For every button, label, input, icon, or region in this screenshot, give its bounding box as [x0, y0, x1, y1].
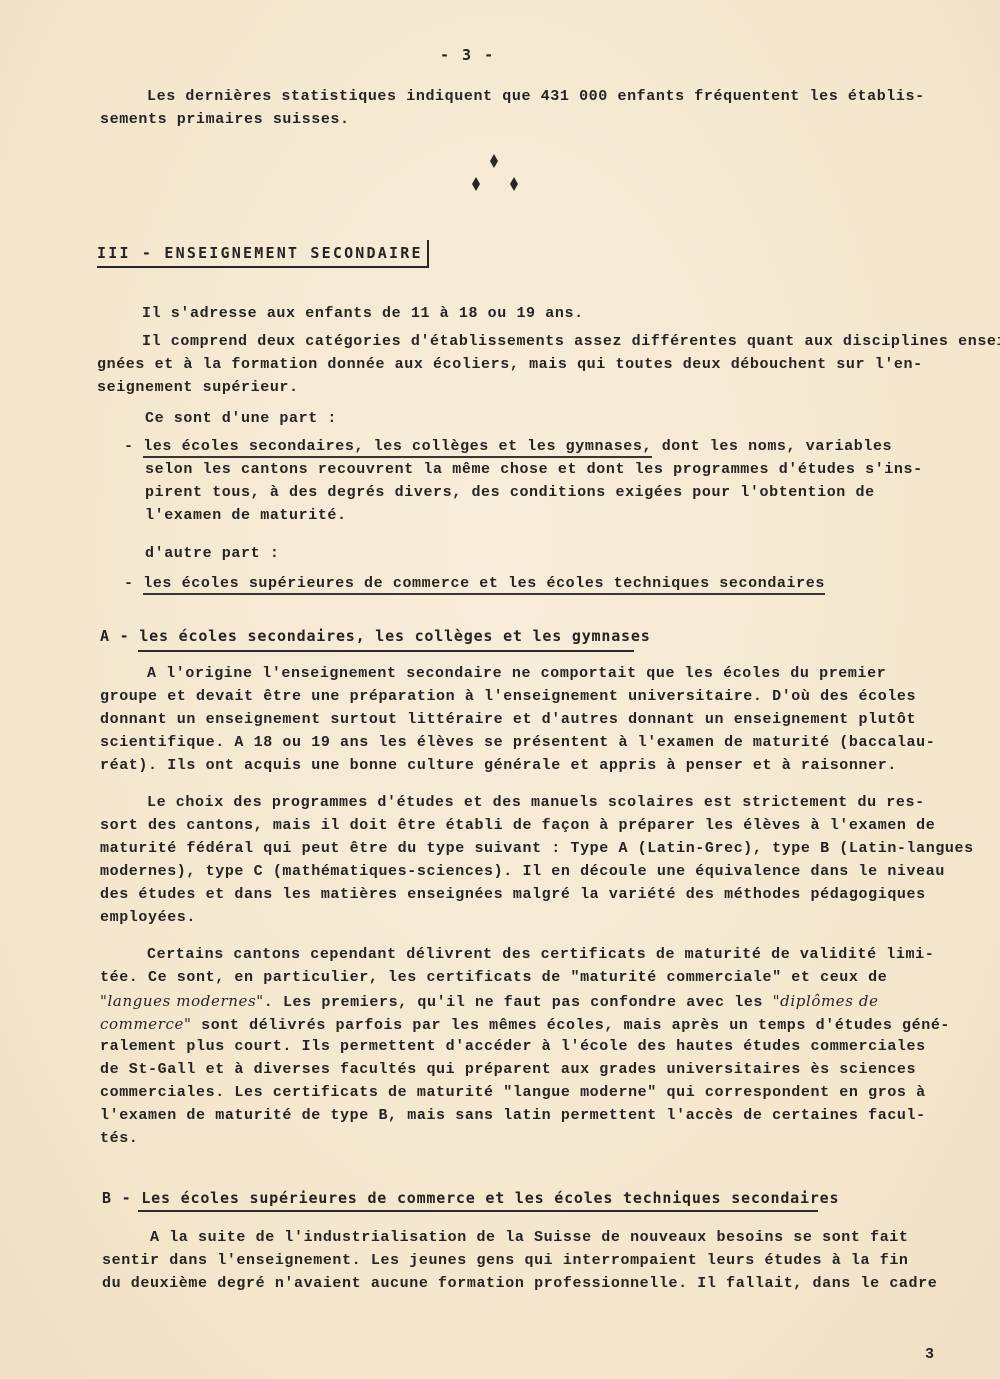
list-line: selon les cantons recouvrent la même cho… [145, 461, 923, 478]
paragraph-line: tés. [100, 1130, 138, 1147]
paragraph-line: Certains cantons cependant délivrent des… [147, 946, 934, 963]
paragraph-line: modernes), type C (mathématiques-science… [100, 863, 945, 880]
part1-intro: Ce sont d'une part : [145, 410, 337, 427]
paragraph-line: sort des cantons, mais il doit être étab… [100, 817, 935, 834]
subsection-label: B - [102, 1189, 132, 1207]
list-dash: - [124, 575, 134, 592]
intro-line: Les dernières statistiques indiquent que… [147, 88, 925, 105]
underlined-text: les écoles secondaires, les collèges et … [143, 438, 652, 458]
paragraph-line: de St-Gall et à diverses facultés qui pr… [100, 1061, 916, 1078]
list-line: pirent tous, à des degrés divers, des co… [145, 484, 875, 501]
paragraph-line: tée. Ce sont, en particulier, les certif… [100, 969, 887, 986]
page-number: 3 [925, 1346, 934, 1363]
subsection-underline [138, 650, 634, 652]
paragraph-line: l'examen de maturité de type B, mais san… [100, 1107, 926, 1124]
paragraph-line: A la suite de l'industrialisation de la … [150, 1229, 909, 1246]
subsection-label: A - [100, 627, 130, 645]
paragraph-line: ralement plus court. Ils permettent d'ac… [100, 1038, 926, 1055]
paragraph-line: Il s'adresse aux enfants de 11 à 18 ou 1… [142, 305, 584, 322]
paragraph-line: sentir dans l'enseignement. Les jeunes g… [102, 1252, 909, 1269]
paragraph-line: commerce" sont délivrés parfois par les … [100, 1015, 950, 1034]
paragraph-line: Il comprend deux catégories d'établissem… [142, 333, 1000, 350]
paragraph-line: maturité fédéral qui peut être du type s… [100, 840, 974, 857]
paragraph-line: des études et dans les matières enseigné… [100, 886, 926, 903]
list-item: - les écoles secondaires, les collèges e… [124, 438, 892, 455]
paragraph-line: réat). Ils ont acquis une bonne culture … [100, 757, 897, 774]
paragraph-line: donnant un enseignement surtout littérai… [100, 711, 916, 728]
subsection-title: Les écoles supérieures de commerce et le… [141, 1189, 839, 1207]
document-page: - 3 - Les dernières statistiques indique… [0, 0, 1000, 1379]
text: . Les premiers, qu'il ne faut pas confon… [264, 994, 773, 1011]
part2-intro: d'autre part : [145, 545, 279, 562]
underlined-text: les écoles supérieures de commerce et le… [143, 575, 825, 595]
paragraph-line: du deuxième degré n'avaient aucune forma… [102, 1275, 937, 1292]
paragraph-line: employées. [100, 909, 196, 926]
italic-text: commerce" [100, 1015, 192, 1033]
section-title: III - ENSEIGNEMENT SECONDAIRE [97, 240, 429, 268]
list-text: dont les noms, variables [652, 438, 892, 455]
paragraph-line: seignement supérieur. [97, 379, 299, 396]
paragraph-line: scientifique. A 18 ou 19 ans les élèves … [100, 734, 935, 751]
subsection-title: les écoles secondaires, les collèges et … [139, 627, 650, 645]
list-item: - les écoles supérieures de commerce et … [124, 575, 825, 592]
text: sont délivrés parfois par les mêmes écol… [192, 1017, 951, 1034]
paragraph-line: gnées et à la formation donnée aux écoli… [97, 356, 923, 373]
list-dash: - [124, 438, 134, 455]
paragraph-line: groupe et devait être une préparation à … [100, 688, 916, 705]
paragraph-line: commerciales. Les certificats de maturit… [100, 1084, 926, 1101]
subsection-underline [138, 1210, 818, 1212]
italic-text: "langues modernes" [100, 992, 264, 1010]
paragraph-line: A l'origine l'enseignement secondaire ne… [147, 665, 886, 682]
italic-text: "diplômes de [773, 992, 879, 1010]
page-marker: - 3 - [440, 46, 495, 64]
list-line: l'examen de maturité. [145, 507, 347, 524]
paragraph-line: Le choix des programmes d'études et des … [147, 794, 925, 811]
intro-line: sements primaires suisses. [100, 111, 350, 128]
subsection-b-heading: B - Les écoles supérieures de commerce e… [102, 1189, 839, 1207]
subsection-a-heading: A - les écoles secondaires, les collèges… [100, 627, 651, 645]
paragraph-line: "langues modernes". Les premiers, qu'il … [100, 992, 879, 1011]
